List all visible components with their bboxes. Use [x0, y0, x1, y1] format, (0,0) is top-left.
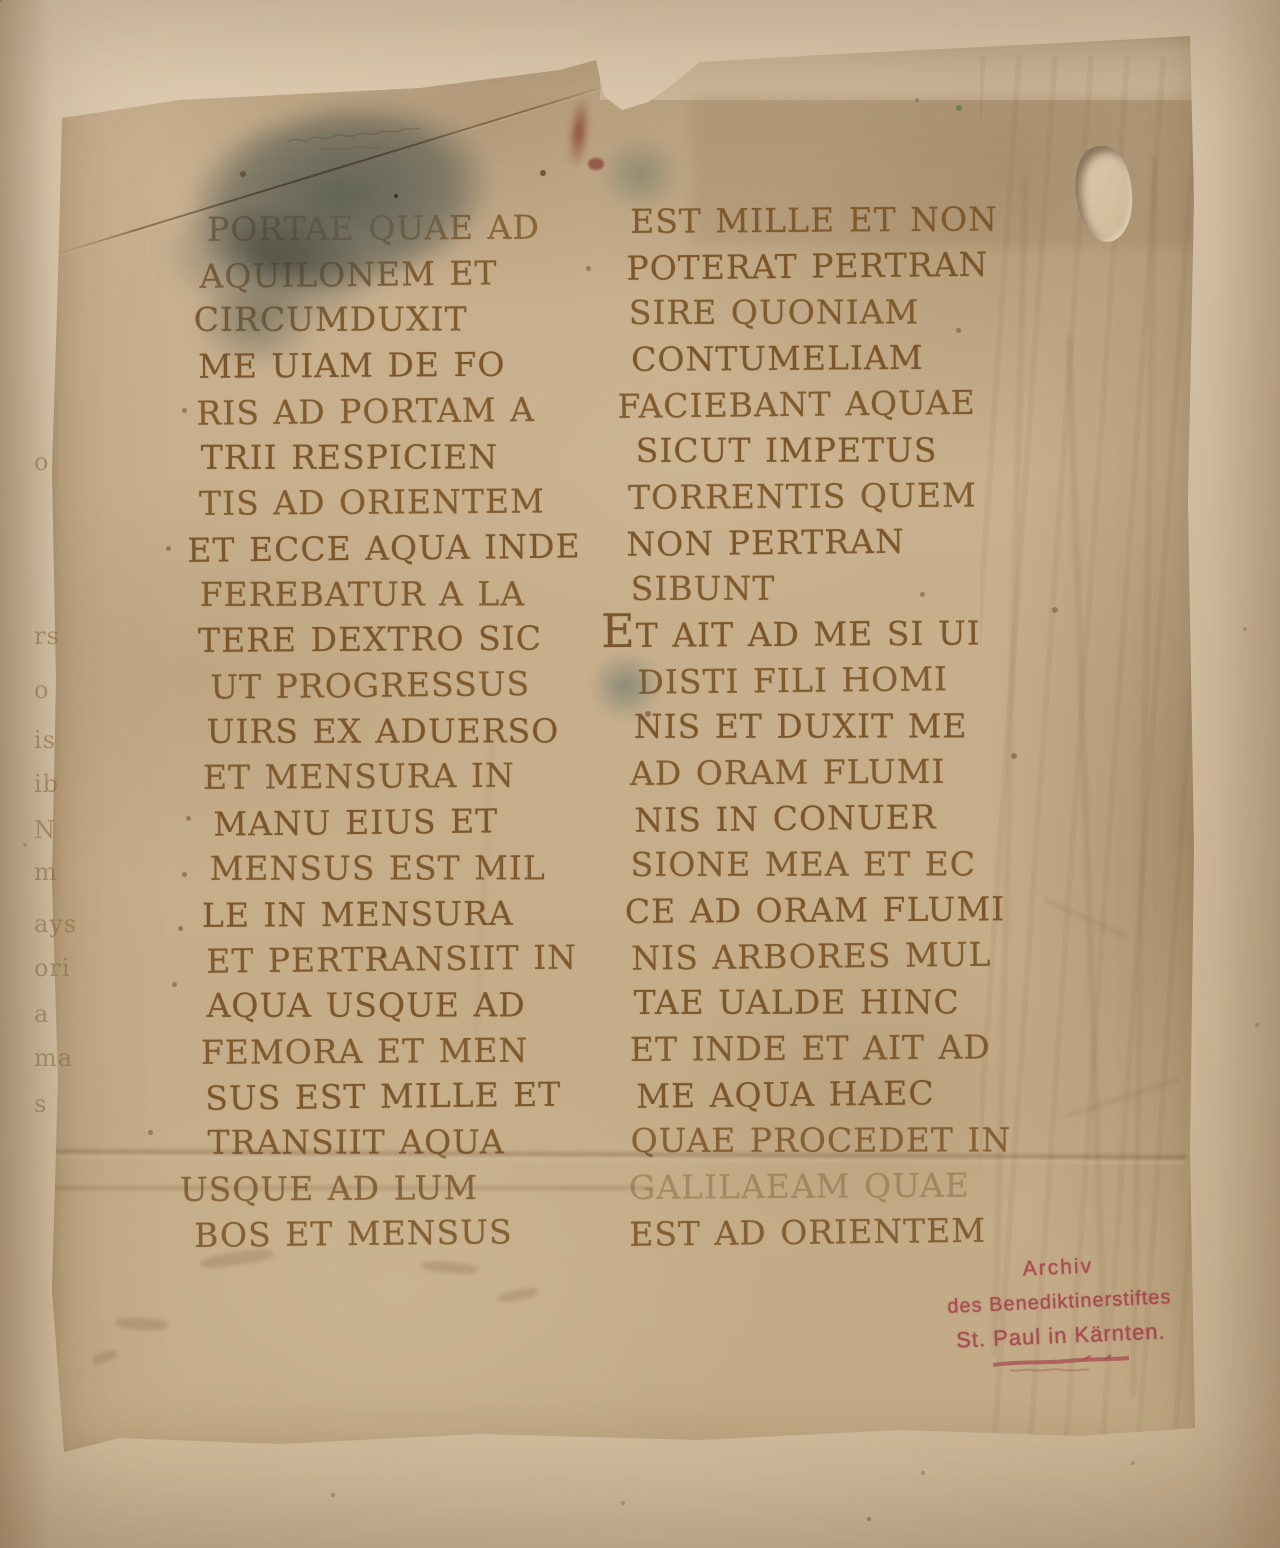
manuscript-line: FACIEBANT AQUAE [617, 379, 1006, 429]
offset-ink-ghost [420, 1259, 479, 1275]
stamp-line: Archiv [898, 1249, 1219, 1287]
margin-letter-fragment: o [34, 448, 49, 476]
manuscript-line: USQUE AD LUM [180, 1164, 586, 1213]
interpunct-dot [166, 546, 171, 551]
margin-letter-fragment: ays [34, 910, 77, 938]
enlarged-initial: E [601, 604, 636, 658]
text-layer: PORTAE QUAE ADAQUILONEM ETCIRCUMDUXITME … [0, 0, 1280, 1548]
manuscript-line: TRANSIIT AQUA [207, 1119, 584, 1165]
manuscript-line: UIRS EX ADUERSO [207, 708, 582, 754]
manuscript-photograph: PORTAE QUAE ADAQUILONEM ETCIRCUMDUXITME … [0, 0, 1280, 1548]
manuscript-line: ET PERTRANSIIT IN [206, 935, 584, 985]
manuscript-line: SIONE MEA ET EC [631, 841, 1010, 888]
manuscript-line: CIRCUMDUXIT [194, 297, 579, 343]
margin-letter-fragment: ib [34, 770, 59, 798]
interpunct-dot [956, 328, 961, 333]
interpunct-dot [186, 816, 191, 821]
margin-letter-fragment: rs [34, 622, 60, 650]
manuscript-line: NIS IN CONUER [634, 793, 1009, 843]
manuscript-line: ET MENSURA IN [203, 753, 583, 801]
manuscript-line: RIS AD PORTAM A [196, 386, 580, 436]
manuscript-line: MANU EIUS ET [213, 798, 583, 848]
manuscript-line: NIS ARBORES MUL [631, 931, 1010, 981]
manuscript-line: ME AQUA HAEC [636, 1069, 1011, 1119]
manuscript-line: AQUA USQUE AD [207, 982, 584, 1028]
manuscript-line: EST MILLE ET NON [630, 196, 1005, 245]
manuscript-line: SIBUNT [631, 565, 1008, 612]
margin-letter-fragment: a [34, 1000, 49, 1028]
manuscript-line: DISTI FILI HOMI [637, 655, 1008, 705]
manuscript-line: FEREBATUR A LA [200, 571, 581, 617]
interpunct-dot [172, 982, 177, 987]
margin-letter-fragment: N [34, 816, 56, 844]
margin-letter-fragment: m [34, 858, 58, 886]
manuscript-line: LE IN MENSURA [202, 890, 584, 938]
manuscript-line: SUS EST MILLE ET [205, 1072, 585, 1122]
manuscript-line: FEMORA ET MEN [201, 1027, 585, 1075]
manuscript-line: TIS AD ORIENTEM [199, 478, 581, 526]
manuscript-line: NON PERTRAN [626, 517, 1007, 567]
text-column-left: PORTAE QUAE ADAQUILONEM ETCIRCUMDUXITME … [185, 204, 586, 1258]
offset-ink-ghost [91, 1348, 119, 1366]
manuscript-line: ET INDE ET AIT AD [630, 1024, 1011, 1073]
text-column-right: EST MILLE ET NONPOTERAT PERTRANSIRE QUON… [620, 196, 1012, 1257]
manuscript-line: QUAE PROCEDET IN [631, 1117, 1012, 1164]
offset-ink-ghost [116, 1317, 169, 1332]
manuscript-line: ET ECCE AQUA INDE [187, 523, 581, 573]
archive-stamp: Archiv des Benediktinerstiftes St. Paul … [898, 1249, 1223, 1382]
manuscript-line: AQUILONEM ET [199, 249, 579, 299]
manuscript-line: ET AIT AD ME SI UI [601, 610, 1008, 659]
manuscript-line: NIS ET DUXIT ME [634, 703, 1009, 750]
margin-letter-fragment: ori [34, 954, 71, 982]
margin-letter-fragment: ma [34, 1044, 73, 1072]
interpunct-dot [182, 408, 187, 413]
manuscript-line: TAE UALDE HINC [634, 979, 1011, 1026]
interpunct-dot [586, 266, 591, 271]
interpunct-dot [182, 872, 187, 877]
manuscript-line: ME UIAM DE FO [198, 341, 580, 389]
margin-letter-fragment: is [34, 726, 56, 754]
stamp-line: St. Paul in Kärnten. [900, 1316, 1221, 1356]
manuscript-line: TERE DEXTRO SIC [198, 616, 582, 664]
manuscript-line: SIRE QUONIAM [629, 289, 1006, 336]
manuscript-line: PORTAE QUAE AD [207, 204, 579, 252]
interpunct-dot [178, 926, 183, 931]
manuscript-line: GALILAEAM QUAE [629, 1162, 1012, 1211]
interpunct-dot [920, 592, 925, 597]
stamp-line: des Benediktinerstiftes [899, 1284, 1220, 1321]
manuscript-line: AD ORAM FLUMI [630, 748, 1009, 797]
manuscript-line: CONTUMELIAM [631, 334, 1006, 383]
manuscript-line: EST AD ORIENTEM [629, 1207, 1012, 1257]
manuscript-line: MENSUS EST MIL [210, 845, 583, 891]
manuscript-line: POTERAT PERTRAN [626, 241, 1005, 291]
manuscript-line: CE AD ORAM FLUMI [625, 886, 1010, 935]
manuscript-line: SICUT IMPETUS [636, 427, 1007, 474]
stamp-flourish [987, 1352, 1138, 1379]
manuscript-line: TORRENTIS QUEM [628, 472, 1007, 521]
manuscript-line: TRII RESPICIEN [201, 434, 580, 480]
interpunct-dot [148, 1130, 153, 1135]
margin-letter-fragment: o [34, 676, 49, 704]
manuscript-line: UT PROGRESSUS [210, 660, 582, 710]
offset-ink-ghost [497, 1286, 538, 1304]
margin-letter-fragment: s [34, 1090, 47, 1118]
